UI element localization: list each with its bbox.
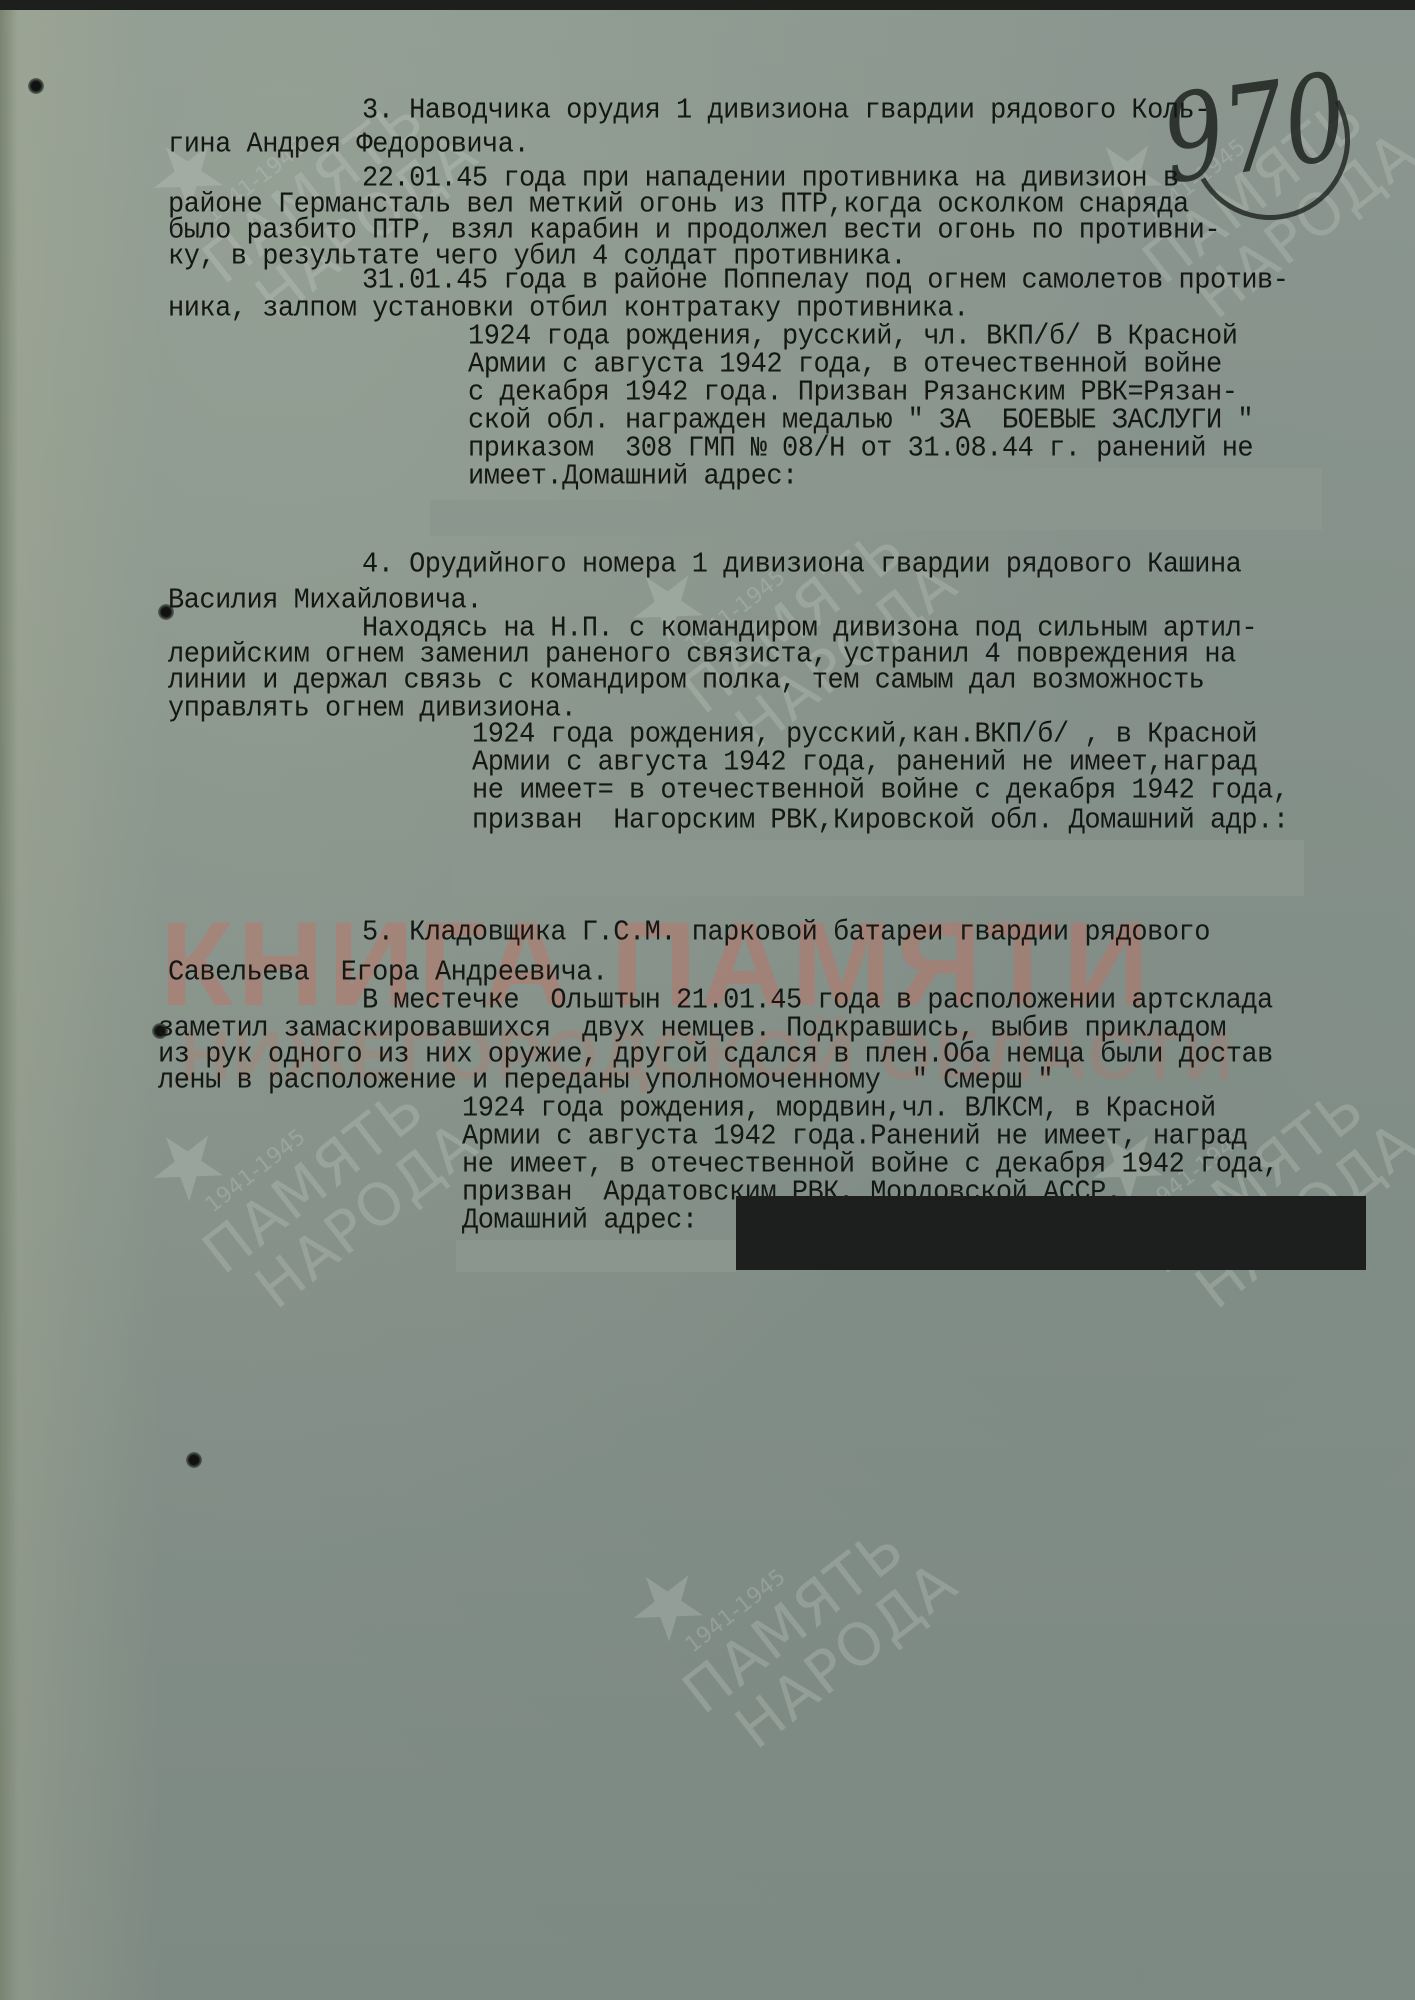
text-line: Армии с августа 1942 года, ранений не им… xyxy=(472,747,1257,779)
punch-hole xyxy=(28,78,44,94)
text-line: 1924 года рождения, русский,кан.ВКП/б/ ,… xyxy=(472,719,1257,751)
text-line: ника, залпом установки отбил контратаку … xyxy=(168,293,969,325)
redacted-address-dark xyxy=(736,1196,1366,1270)
text-line: ской обл. награжден медалью " ЗА БОЕВЫЕ … xyxy=(468,405,1253,437)
text-line: 3. Наводчика орудия 1 дивизиона гвардии … xyxy=(362,95,1210,127)
punch-hole xyxy=(186,1452,202,1468)
redacted-address xyxy=(822,468,1322,530)
document-page: ★ 1941-1945 ПАМЯТЬ НАРОДА ★ 1941-1945 ПА… xyxy=(0,0,1415,2000)
text-line: 1924 года рождения, мордвин,чл. ВЛКСМ, в… xyxy=(462,1093,1216,1125)
star-icon: ★ xyxy=(608,1421,885,1665)
text-line: гина Андрея Федоровича. xyxy=(168,129,529,161)
text-line: Василия Михайловича. xyxy=(168,585,482,617)
text-line: не имеет= в отечественной войне с декабр… xyxy=(472,775,1289,807)
redacted-address xyxy=(430,500,830,536)
text-line: приказом 308 ГМП № 08/Н от 31.08.44 г. р… xyxy=(468,433,1253,465)
text-line: 5. Кладовщика Г.С.М. парковой батареи гв… xyxy=(362,917,1210,949)
text-line: не имеет, в отечественной войне с декабр… xyxy=(462,1149,1279,1181)
text-line: Домашний адрес: xyxy=(462,1205,698,1237)
paper-aging xyxy=(0,10,160,2000)
text-line: 4. Орудийного номера 1 дивизиона гвардии… xyxy=(362,549,1241,581)
text-line: имеет.Домашний адрес: xyxy=(468,461,798,493)
text-line: 31.01.45 года в районе Поппелау под огне… xyxy=(362,265,1288,297)
text-line: В местечке Ольштын 21.01.45 года в распо… xyxy=(362,985,1273,1017)
text-line: лены в расположение и переданы уполномоч… xyxy=(158,1065,1053,1097)
text-line: Армии с августа 1942 года.Ранений не име… xyxy=(462,1121,1247,1153)
text-line: 1924 года рождения, русский, чл. ВКП/б/ … xyxy=(468,321,1237,353)
redacted-address xyxy=(452,840,1304,896)
redacted-address xyxy=(456,1240,736,1272)
text-line: Армии с августа 1942 года, в отечественн… xyxy=(468,349,1222,381)
scan-top-edge xyxy=(0,0,1415,10)
watermark-pamyat-naroda: ★ 1941-1945 ПАМЯТЬ НАРОДА xyxy=(600,1421,968,1777)
text-line: призван Нагорским РВК,Кировской обл. Дом… xyxy=(472,805,1289,837)
text-line: Савельева Егора Андреевича. xyxy=(168,957,608,989)
text-line: с декабря 1942 года. Призван Рязанским Р… xyxy=(468,377,1237,409)
text-line: линии и держал связь с командиром полка,… xyxy=(168,665,1204,697)
